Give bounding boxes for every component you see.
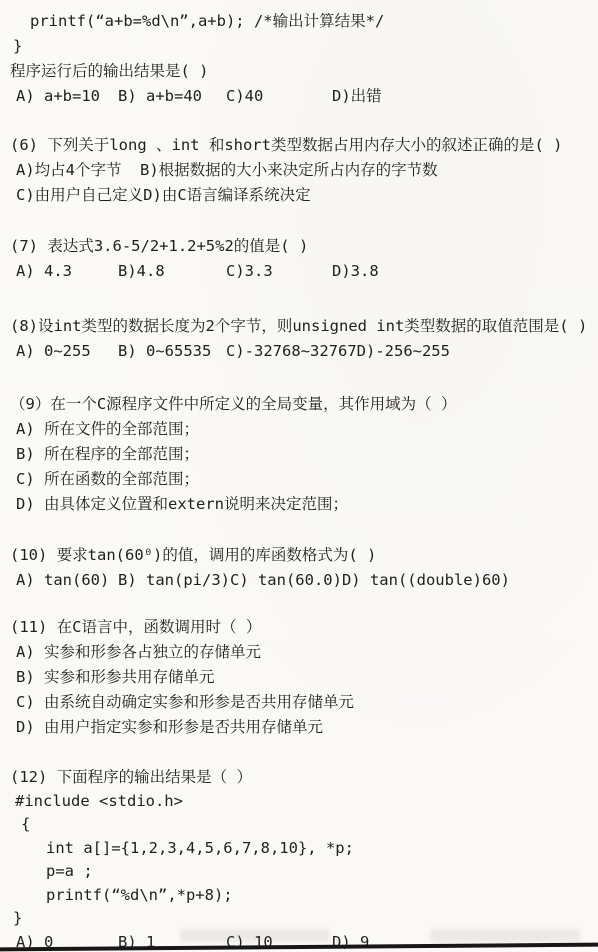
option-c: C)-32768~32767: [226, 339, 357, 364]
option-b: B) 实参和形参共用存储单元: [8, 665, 596, 690]
question-10: (10) 要求tan(60⁰)的值，调用的库函数格式为( ) A) tan(60…: [8, 543, 596, 593]
option-d: D) 由用户指定实参和形参是否共用存储单元: [8, 715, 596, 740]
option-a: A) 实参和形参各占独立的存储单元: [8, 640, 596, 665]
question-stem: (8)设int类型的数据长度为2个字节，则unsigned int类型数据的取值…: [8, 314, 596, 339]
question-7: (7) 表达式3.6-5/2+1.2+5%2的值是( ) A) 4.3 B)4.…: [8, 234, 596, 284]
options-row: A) tan(60) B) tan(pi/3) C) tan(60.0) D) …: [8, 568, 596, 593]
options-row: A)均占4个字节 B)根据数据的大小来决定所占内存的字节数: [8, 158, 596, 183]
option-a: A) 4.3: [16, 259, 118, 284]
option-d: D)3.8: [332, 259, 379, 284]
question-8: (8)设int类型的数据长度为2个字节，则unsigned int类型数据的取值…: [8, 314, 596, 364]
question-prompt: 程序运行后的输出结果是( ): [8, 59, 596, 84]
code-line-assign: p=a ;: [8, 860, 596, 884]
options-row: A) a+b=10 B) a+b=40 C)40 D)出错: [8, 84, 596, 109]
option-a: A) tan(60): [16, 568, 118, 593]
options-row: A) 0~255 B) 0~65535 C)-32768~32767 D)-25…: [8, 339, 596, 364]
option-d: D)由C语言编译系统决定: [143, 183, 311, 208]
code-line-open-brace: {: [8, 813, 596, 837]
option-c: C)40: [226, 84, 332, 109]
code-line-close-brace: }: [8, 907, 596, 931]
option-b: B) tan(pi/3): [118, 568, 230, 593]
question-11: (11) 在C语言中，函数调用时（ ） A) 实参和形参各占独立的存储单元 B)…: [8, 615, 596, 740]
option-d: D) tan((double)60): [342, 568, 510, 593]
option-c: C)由用户自己定义: [16, 183, 143, 208]
code-line-include: #include <stdio.h>: [8, 790, 596, 814]
option-c: C)3.3: [226, 259, 332, 284]
question-9: （9）在一个C源程序文件中所定义的全局变量，其作用域为（ ） A) 所在文件的全…: [8, 392, 596, 517]
question-stem: （9）在一个C源程序文件中所定义的全局变量，其作用域为（ ）: [8, 392, 596, 417]
option-a: A) 所在文件的全部范围；: [8, 417, 596, 442]
option-a: A) a+b=10: [16, 84, 118, 109]
scanned-exam-document: { "page": { "paper_color": "#fbfaf7", "i…: [0, 0, 598, 952]
question-stem: (7) 表达式3.6-5/2+1.2+5%2的值是( ): [8, 234, 596, 259]
option-d: D) 9: [332, 931, 369, 952]
question-stem: (10) 要求tan(60⁰)的值，调用的库函数格式为( ): [8, 543, 596, 568]
option-d: D) 由具体定义位置和extern说明来决定范围；: [8, 492, 596, 517]
code-line-array-decl: int a[]={1,2,3,4,5,6,7,8,10}, *p;: [8, 837, 596, 861]
option-b: B) a+b=40: [118, 84, 226, 109]
question-stem: (6) 下列关于long 、int 和short类型数据占用内存大小的叙述正确的…: [8, 133, 596, 158]
question-stem: (12) 下面程序的输出结果是（ ）: [8, 766, 596, 790]
question-stem: (11) 在C语言中，函数调用时（ ）: [8, 615, 596, 640]
option-d: D)出错: [332, 84, 382, 109]
option-c: C) tan(60.0): [230, 568, 342, 593]
options-row: A) 4.3 B)4.8 C)3.3 D)3.8: [8, 259, 596, 284]
option-b: B)根据数据的大小来决定所占内存的字节数: [140, 158, 438, 183]
question-5-continuation: printf(“a+b=%d\n”,a+b); /*输出计算结果*/ } 程序运…: [8, 9, 596, 109]
question-6: (6) 下列关于long 、int 和short类型数据占用内存大小的叙述正确的…: [8, 133, 596, 208]
option-d: D)-256~255: [357, 339, 450, 364]
option-a: A)均占4个字节: [16, 158, 140, 183]
option-c: C) 由系统自动确定实参和形参是否共用存储单元: [8, 690, 596, 715]
code-line-printf: printf(“a+b=%d\n”,a+b); /*输出计算结果*/: [8, 9, 596, 34]
option-c: C) 所在函数的全部范围；: [8, 467, 596, 492]
option-a: A) 0~255: [16, 339, 118, 364]
exam-page: printf(“a+b=%d\n”,a+b); /*输出计算结果*/ } 程序运…: [0, 0, 598, 952]
question-12: (12) 下面程序的输出结果是（ ） #include <stdio.h> { …: [8, 766, 596, 952]
option-b: B)4.8: [118, 259, 226, 284]
option-b: B) 所在程序的全部范围；: [8, 442, 596, 467]
code-line-closing-brace: }: [8, 34, 596, 59]
options-row: C)由用户自己定义 D)由C语言编译系统决定: [8, 183, 596, 208]
code-line-printf: printf(“%d\n”,*p+8);: [8, 884, 596, 908]
option-b: B) 0~65535: [118, 339, 226, 364]
